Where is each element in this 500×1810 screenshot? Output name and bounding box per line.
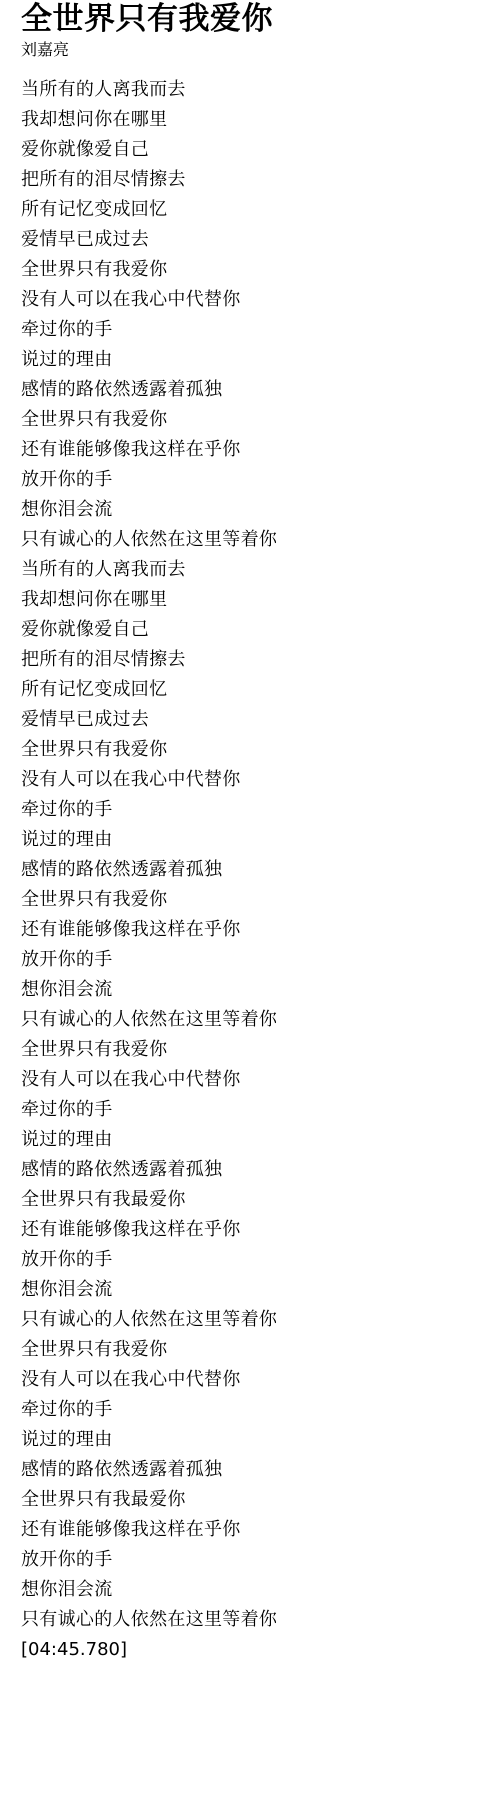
lyrics-page: 全世界只有我爱你 刘嘉亮 当所有的人离我而去我却想问你在哪里爱你就像爱自己把所有… bbox=[0, 0, 500, 1665]
lyric-line: 全世界只有我爱你 bbox=[21, 735, 490, 765]
lyric-line: 放开你的手 bbox=[21, 465, 490, 495]
lyric-line: 只有诚心的人依然在这里等着你 bbox=[21, 1605, 490, 1635]
artist-name: 刘嘉亮 bbox=[21, 40, 490, 60]
lyric-line: 把所有的泪尽情擦去 bbox=[21, 165, 490, 195]
lyric-line: 想你泪会流 bbox=[21, 495, 490, 525]
lyric-line: 说过的理由 bbox=[21, 345, 490, 375]
lyric-line: 所有记忆变成回忆 bbox=[21, 675, 490, 705]
lyric-line: 牵过你的手 bbox=[21, 315, 490, 345]
lyric-line: 当所有的人离我而去 bbox=[21, 75, 490, 105]
lyrics-container: 当所有的人离我而去我却想问你在哪里爱你就像爱自己把所有的泪尽情擦去所有记忆变成回… bbox=[21, 75, 490, 1635]
lyric-line: 所有记忆变成回忆 bbox=[21, 195, 490, 225]
page-title: 全世界只有我爱你 bbox=[21, 0, 490, 38]
lyric-line: 牵过你的手 bbox=[21, 1395, 490, 1425]
lyric-line: 爱你就像爱自己 bbox=[21, 135, 490, 165]
lyric-line: 只有诚心的人依然在这里等着你 bbox=[21, 525, 490, 555]
lyrics-timestamp: [04:45.780] bbox=[21, 1635, 490, 1665]
lyric-line: 全世界只有我爱你 bbox=[21, 255, 490, 285]
lyric-line: 我却想问你在哪里 bbox=[21, 105, 490, 135]
lyric-line: 全世界只有我最爱你 bbox=[21, 1185, 490, 1215]
lyric-line: 爱情早已成过去 bbox=[21, 705, 490, 735]
lyric-line: 爱情早已成过去 bbox=[21, 225, 490, 255]
lyric-line: 感情的路依然透露着孤独 bbox=[21, 375, 490, 405]
lyric-line: 没有人可以在我心中代替你 bbox=[21, 1365, 490, 1395]
lyric-line: 只有诚心的人依然在这里等着你 bbox=[21, 1305, 490, 1335]
lyric-line: 还有谁能够像我这样在乎你 bbox=[21, 1215, 490, 1245]
lyric-line: 全世界只有我爱你 bbox=[21, 405, 490, 435]
lyric-line: 只有诚心的人依然在这里等着你 bbox=[21, 1005, 490, 1035]
lyric-line: 全世界只有我爱你 bbox=[21, 1335, 490, 1365]
lyric-line: 放开你的手 bbox=[21, 945, 490, 975]
lyric-line: 没有人可以在我心中代替你 bbox=[21, 1065, 490, 1095]
lyric-line: 全世界只有我爱你 bbox=[21, 885, 490, 915]
lyric-line: 说过的理由 bbox=[21, 1425, 490, 1455]
lyric-line: 全世界只有我爱你 bbox=[21, 1035, 490, 1065]
lyric-line: 说过的理由 bbox=[21, 1125, 490, 1155]
lyric-line: 放开你的手 bbox=[21, 1545, 490, 1575]
lyric-line: 全世界只有我最爱你 bbox=[21, 1485, 490, 1515]
lyric-line: 感情的路依然透露着孤独 bbox=[21, 1155, 490, 1185]
lyric-line: 想你泪会流 bbox=[21, 1575, 490, 1605]
lyric-line: 放开你的手 bbox=[21, 1245, 490, 1275]
lyric-line: 想你泪会流 bbox=[21, 1275, 490, 1305]
lyric-line: 我却想问你在哪里 bbox=[21, 585, 490, 615]
lyric-line: 爱你就像爱自己 bbox=[21, 615, 490, 645]
lyric-line: 没有人可以在我心中代替你 bbox=[21, 285, 490, 315]
lyric-line: 还有谁能够像我这样在乎你 bbox=[21, 915, 490, 945]
lyric-line: 感情的路依然透露着孤独 bbox=[21, 855, 490, 885]
lyric-line: 还有谁能够像我这样在乎你 bbox=[21, 1515, 490, 1545]
lyric-line: 牵过你的手 bbox=[21, 1095, 490, 1125]
lyric-line: 还有谁能够像我这样在乎你 bbox=[21, 435, 490, 465]
lyric-line: 没有人可以在我心中代替你 bbox=[21, 765, 490, 795]
lyric-line: 说过的理由 bbox=[21, 825, 490, 855]
lyric-line: 把所有的泪尽情擦去 bbox=[21, 645, 490, 675]
lyric-line: 牵过你的手 bbox=[21, 795, 490, 825]
lyric-line: 想你泪会流 bbox=[21, 975, 490, 1005]
lyric-line: 感情的路依然透露着孤独 bbox=[21, 1455, 490, 1485]
lyric-line: 当所有的人离我而去 bbox=[21, 555, 490, 585]
